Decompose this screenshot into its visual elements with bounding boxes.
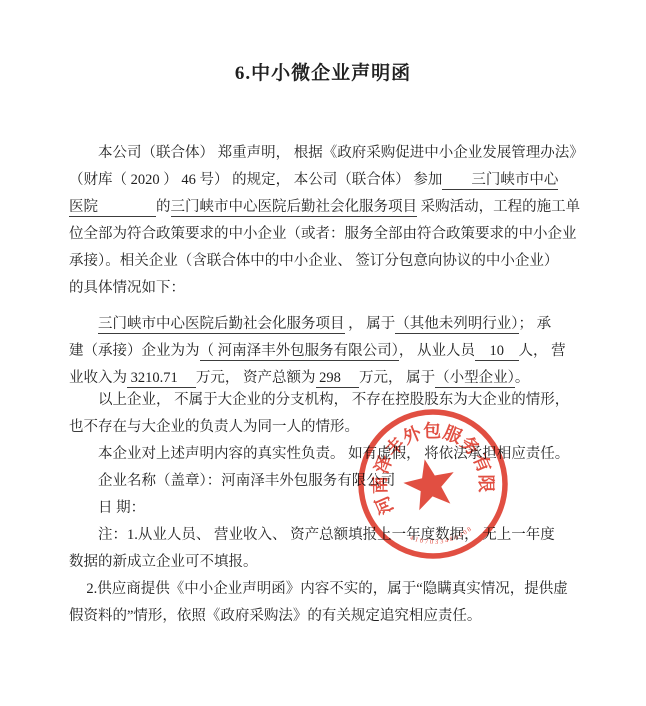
text-run: 假资料的”情形，依照《政府采购法》的有关规定追究相应责任。	[69, 608, 481, 624]
text-run: 承接）。相关企业（含联合体中的中小企业、 签订分包意向协议的中小企业）	[69, 253, 558, 269]
text-run: 位全部为符合政策要求的中小企业（或者：服务全部由符合政策要求的中小企业	[69, 226, 577, 242]
filled-blank: 三门峡市中心医院后勤社会化服务项目	[171, 199, 418, 217]
doc-line: 以上企业， 不属于大企业的分支机构， 不存在控股股东为大企业的情形，	[69, 387, 581, 414]
doc-line: 医院 的三门峡市中心医院后勤社会化服务项目 采购活动，工程的施工单	[69, 194, 581, 221]
document-body: 本公司（联合体） 郑重声明， 根据《政府采购促进中小企业发展管理办法》（财库（ …	[69, 140, 581, 630]
doc-line: 2.供应商提供《中小企业声明函》内容不实的，属于“隐瞒真实情况，提供虚	[69, 576, 581, 603]
document-page: 6.中小微企业声明函 本公司（联合体） 郑重声明， 根据《政府采购促进中小企业发…	[0, 0, 646, 706]
text-run: 注：1.从业人员、 营业收入、 资产总额填报上一年度数据， 无上一年度	[98, 527, 555, 543]
text-run: 。	[515, 370, 530, 386]
text-run: 的具体情况如下：	[69, 280, 185, 296]
text-run: 企业名称（盖章）：河南泽丰外包服务有限公司	[98, 473, 395, 489]
filled-blank: （其他未列明行业）	[395, 316, 518, 334]
doc-line: 企业名称（盖章）：河南泽丰外包服务有限公司	[69, 468, 581, 495]
doc-line: 日 期：	[69, 495, 581, 522]
doc-line: 承接）。相关企业（含联合体中的中小企业、 签订分包意向协议的中小企业）	[69, 248, 581, 275]
text-run: 万元， 资产总额为	[196, 370, 316, 386]
filled-blank: 298	[316, 370, 360, 388]
text-run: 采购活动，工程的施工单	[417, 199, 580, 215]
text-run: 数据的新成立企业可不填报。	[69, 554, 258, 570]
text-run: 建（承接）企业为为	[69, 343, 200, 359]
text-run: 万元， 属于	[359, 370, 435, 386]
text-run: ； 承	[519, 316, 552, 332]
text-run: 以上企业， 不属于大企业的分支机构， 不存在控股股东为大企业的情形，	[98, 392, 569, 408]
doc-line: 本企业对上述声明内容的真实性负责。 如有虚假， 将依法承担相应责任。	[69, 441, 581, 468]
text-run: 人， 营	[519, 343, 566, 359]
text-run: 2.供应商提供《中小企业声明函》内容不实的，属于“隐瞒真实情况，提供虚	[86, 581, 567, 597]
doc-line: （财库（ 2020 ） 46 号） 的规定， 本公司（联合体） 参加 三门峡市中…	[69, 167, 581, 194]
doc-line: 本公司（联合体） 郑重声明， 根据《政府采购促进中小企业发展管理办法》	[69, 140, 581, 167]
doc-line: 也不存在与大企业的负责人为同一人的情形。	[69, 414, 581, 441]
text-run: ， 从业人员	[399, 343, 475, 359]
doc-line: 建（承接）企业为为（ 河南泽丰外包服务有限公司）， 从业人员 10 人， 营	[69, 338, 581, 365]
doc-line: 注：1.从业人员、 营业收入、 资产总额填报上一年度数据， 无上一年度	[69, 522, 581, 549]
doc-line: 数据的新成立企业可不填报。	[69, 549, 581, 576]
filled-blank: 10	[475, 343, 519, 361]
doc-line: 三门峡市中心医院后勤社会化服务项目 ， 属于（其他未列明行业）； 承	[69, 311, 581, 338]
filled-blank: （ 河南泽丰外包服务有限公司）	[200, 343, 399, 361]
text-run: 本企业对上述声明内容的真实性负责。 如有虚假， 将依法承担相应责任。	[98, 446, 569, 462]
filled-blank: （小型企业）	[435, 370, 515, 388]
text-run: 业收入为	[69, 370, 127, 386]
doc-line: 的具体情况如下：	[69, 275, 581, 302]
filled-blank: 三门峡市中心医院后勤社会化服务项目	[98, 316, 345, 334]
page-title: 6.中小微企业声明函	[69, 58, 577, 85]
text-run: ， 属于	[345, 316, 396, 332]
text-run: （财库（ 2020 ） 46 号） 的规定， 本公司（联合体） 参加	[69, 172, 442, 188]
doc-line: 假资料的”情形，依照《政府采购法》的有关规定追究相应责任。	[69, 603, 581, 630]
text-run: 也不存在与大企业的负责人为同一人的情形。	[69, 419, 359, 435]
doc-line: 位全部为符合政策要求的中小企业（或者：服务全部由符合政策要求的中小企业	[69, 221, 581, 248]
text-run: 本公司（联合体） 郑重声明， 根据《政府采购促进中小企业发展管理办法》	[98, 145, 584, 161]
filled-blank: 三门峡市中心	[442, 172, 558, 190]
filled-blank: 医院	[69, 199, 156, 217]
text-run: 的	[156, 199, 171, 215]
filled-blank: 3210.71	[127, 370, 196, 388]
text-run: 日 期：	[98, 500, 145, 516]
